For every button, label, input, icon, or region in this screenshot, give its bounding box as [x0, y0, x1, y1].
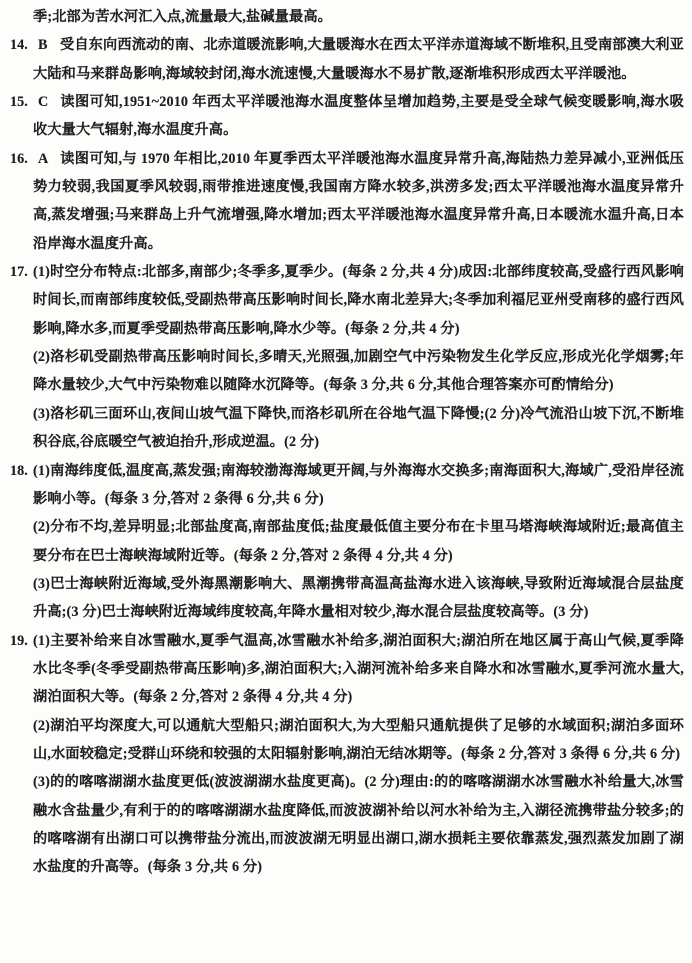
- answer-13-continuation: 季;北部为苦水河汇入点,流量最大,盐碱量最高。: [10, 3, 684, 31]
- answer-text: (2)湖泊平均深度大,可以通航大型船只;湖泊面积大,为大型船只通航提供了足够的水…: [33, 718, 684, 762]
- answer-text: (2)洛杉矶受副热带高压影响时间长,多晴天,光照强,加剧空气中污染物发生化学反应…: [33, 349, 684, 393]
- answer-18-part2: (2)分布不均,差异明显;北部盐度高,南部盐度低;盐度最低值主要分布在卡里马塔海…: [10, 513, 684, 570]
- answer-text: (2)分布不均,差异明显;北部盐度高,南部盐度低;盐度最低值主要分布在卡里马塔海…: [33, 519, 684, 563]
- answer-17-part1: 17.(1)时空分布特点:北部多,南部少;冬季多,夏季少。(每条 2 分,共 4…: [10, 258, 684, 343]
- answer-19-part3: (3)的的喀喀湖湖水盐度更低(波波湖湖水盐度更高)。(2 分)理由:的的喀喀湖湖…: [10, 768, 684, 881]
- answer-text: (1)时空分布特点:北部多,南部少;冬季多,夏季少。(每条 2 分,共 4 分)…: [33, 264, 684, 337]
- question-number: 19.: [10, 627, 33, 655]
- answer-15: 15.C读图可知,1951~2010 年西太平洋暖池海水温度整体呈增加趋势,主要…: [10, 88, 684, 145]
- choice-letter: A: [38, 145, 50, 173]
- answer-key-page: 季;北部为苦水河汇入点,流量最大,盐碱量最高。 14.B受自东向西流动的南、北赤…: [0, 0, 692, 963]
- question-number: 18.: [10, 457, 33, 485]
- answer-text: 受自东向西流动的南、北赤道暖流影响,大量暖海水在西太平洋赤道海域不断堆积,且受南…: [33, 37, 684, 81]
- answer-17-part3: (3)洛杉矶三面环山,夜间山坡气温下降快,而洛杉矶所在谷地气温下降慢;(2 分)…: [10, 400, 684, 457]
- answer-text: (3)洛杉矶三面环山,夜间山坡气温下降快,而洛杉矶所在谷地气温下降慢;(2 分)…: [33, 406, 684, 450]
- choice-letter: B: [38, 31, 50, 59]
- choice-letter: C: [38, 88, 50, 116]
- answer-17-part2: (2)洛杉矶受副热带高压影响时间长,多晴天,光照强,加剧空气中污染物发生化学反应…: [10, 343, 684, 400]
- question-number: 14.: [10, 31, 33, 59]
- answer-text: (1)主要补给来自冰雪融水,夏季气温高,冰雪融水补给多,湖泊面积大;湖泊所在地区…: [33, 633, 684, 706]
- answer-14: 14.B受自东向西流动的南、北赤道暖流影响,大量暖海水在西太平洋赤道海域不断堆积…: [10, 31, 684, 88]
- answer-text: (3)的的喀喀湖湖水盐度更低(波波湖湖水盐度更高)。(2 分)理由:的的喀喀湖湖…: [33, 774, 684, 875]
- answer-18-part1: 18.(1)南海纬度低,温度高,蒸发强;南海较渤海海域更开阔,与外海海水交换多;…: [10, 457, 684, 514]
- answer-text: 读图可知,1951~2010 年西太平洋暖池海水温度整体呈增加趋势,主要是受全球…: [33, 94, 684, 138]
- answer-19-part2: (2)湖泊平均深度大,可以通航大型船只;湖泊面积大,为大型船只通航提供了足够的水…: [10, 712, 684, 769]
- answer-19-part1: 19.(1)主要补给来自冰雪融水,夏季气温高,冰雪融水补给多,湖泊面积大;湖泊所…: [10, 627, 684, 712]
- answer-text: 季;北部为苦水河汇入点,流量最大,盐碱量最高。: [33, 9, 332, 25]
- question-number: 15.: [10, 88, 33, 116]
- answer-text: 读图可知,与 1970 年相比,2010 年夏季西太平洋暖池海水温度异常升高,海…: [33, 151, 684, 252]
- answer-16: 16.A读图可知,与 1970 年相比,2010 年夏季西太平洋暖池海水温度异常…: [10, 145, 684, 258]
- answer-text: (3)巴士海峡附近海域,受外海黑潮影响大、黑潮携带高温高盐海水进入该海峡,导致附…: [33, 576, 684, 620]
- question-number: 16.: [10, 145, 33, 173]
- answer-18-part3: (3)巴士海峡附近海域,受外海黑潮影响大、黑潮携带高温高盐海水进入该海峡,导致附…: [10, 570, 684, 627]
- answer-text: (1)南海纬度低,温度高,蒸发强;南海较渤海海域更开阔,与外海海水交换多;南海面…: [33, 463, 684, 507]
- question-number: 17.: [10, 258, 33, 286]
